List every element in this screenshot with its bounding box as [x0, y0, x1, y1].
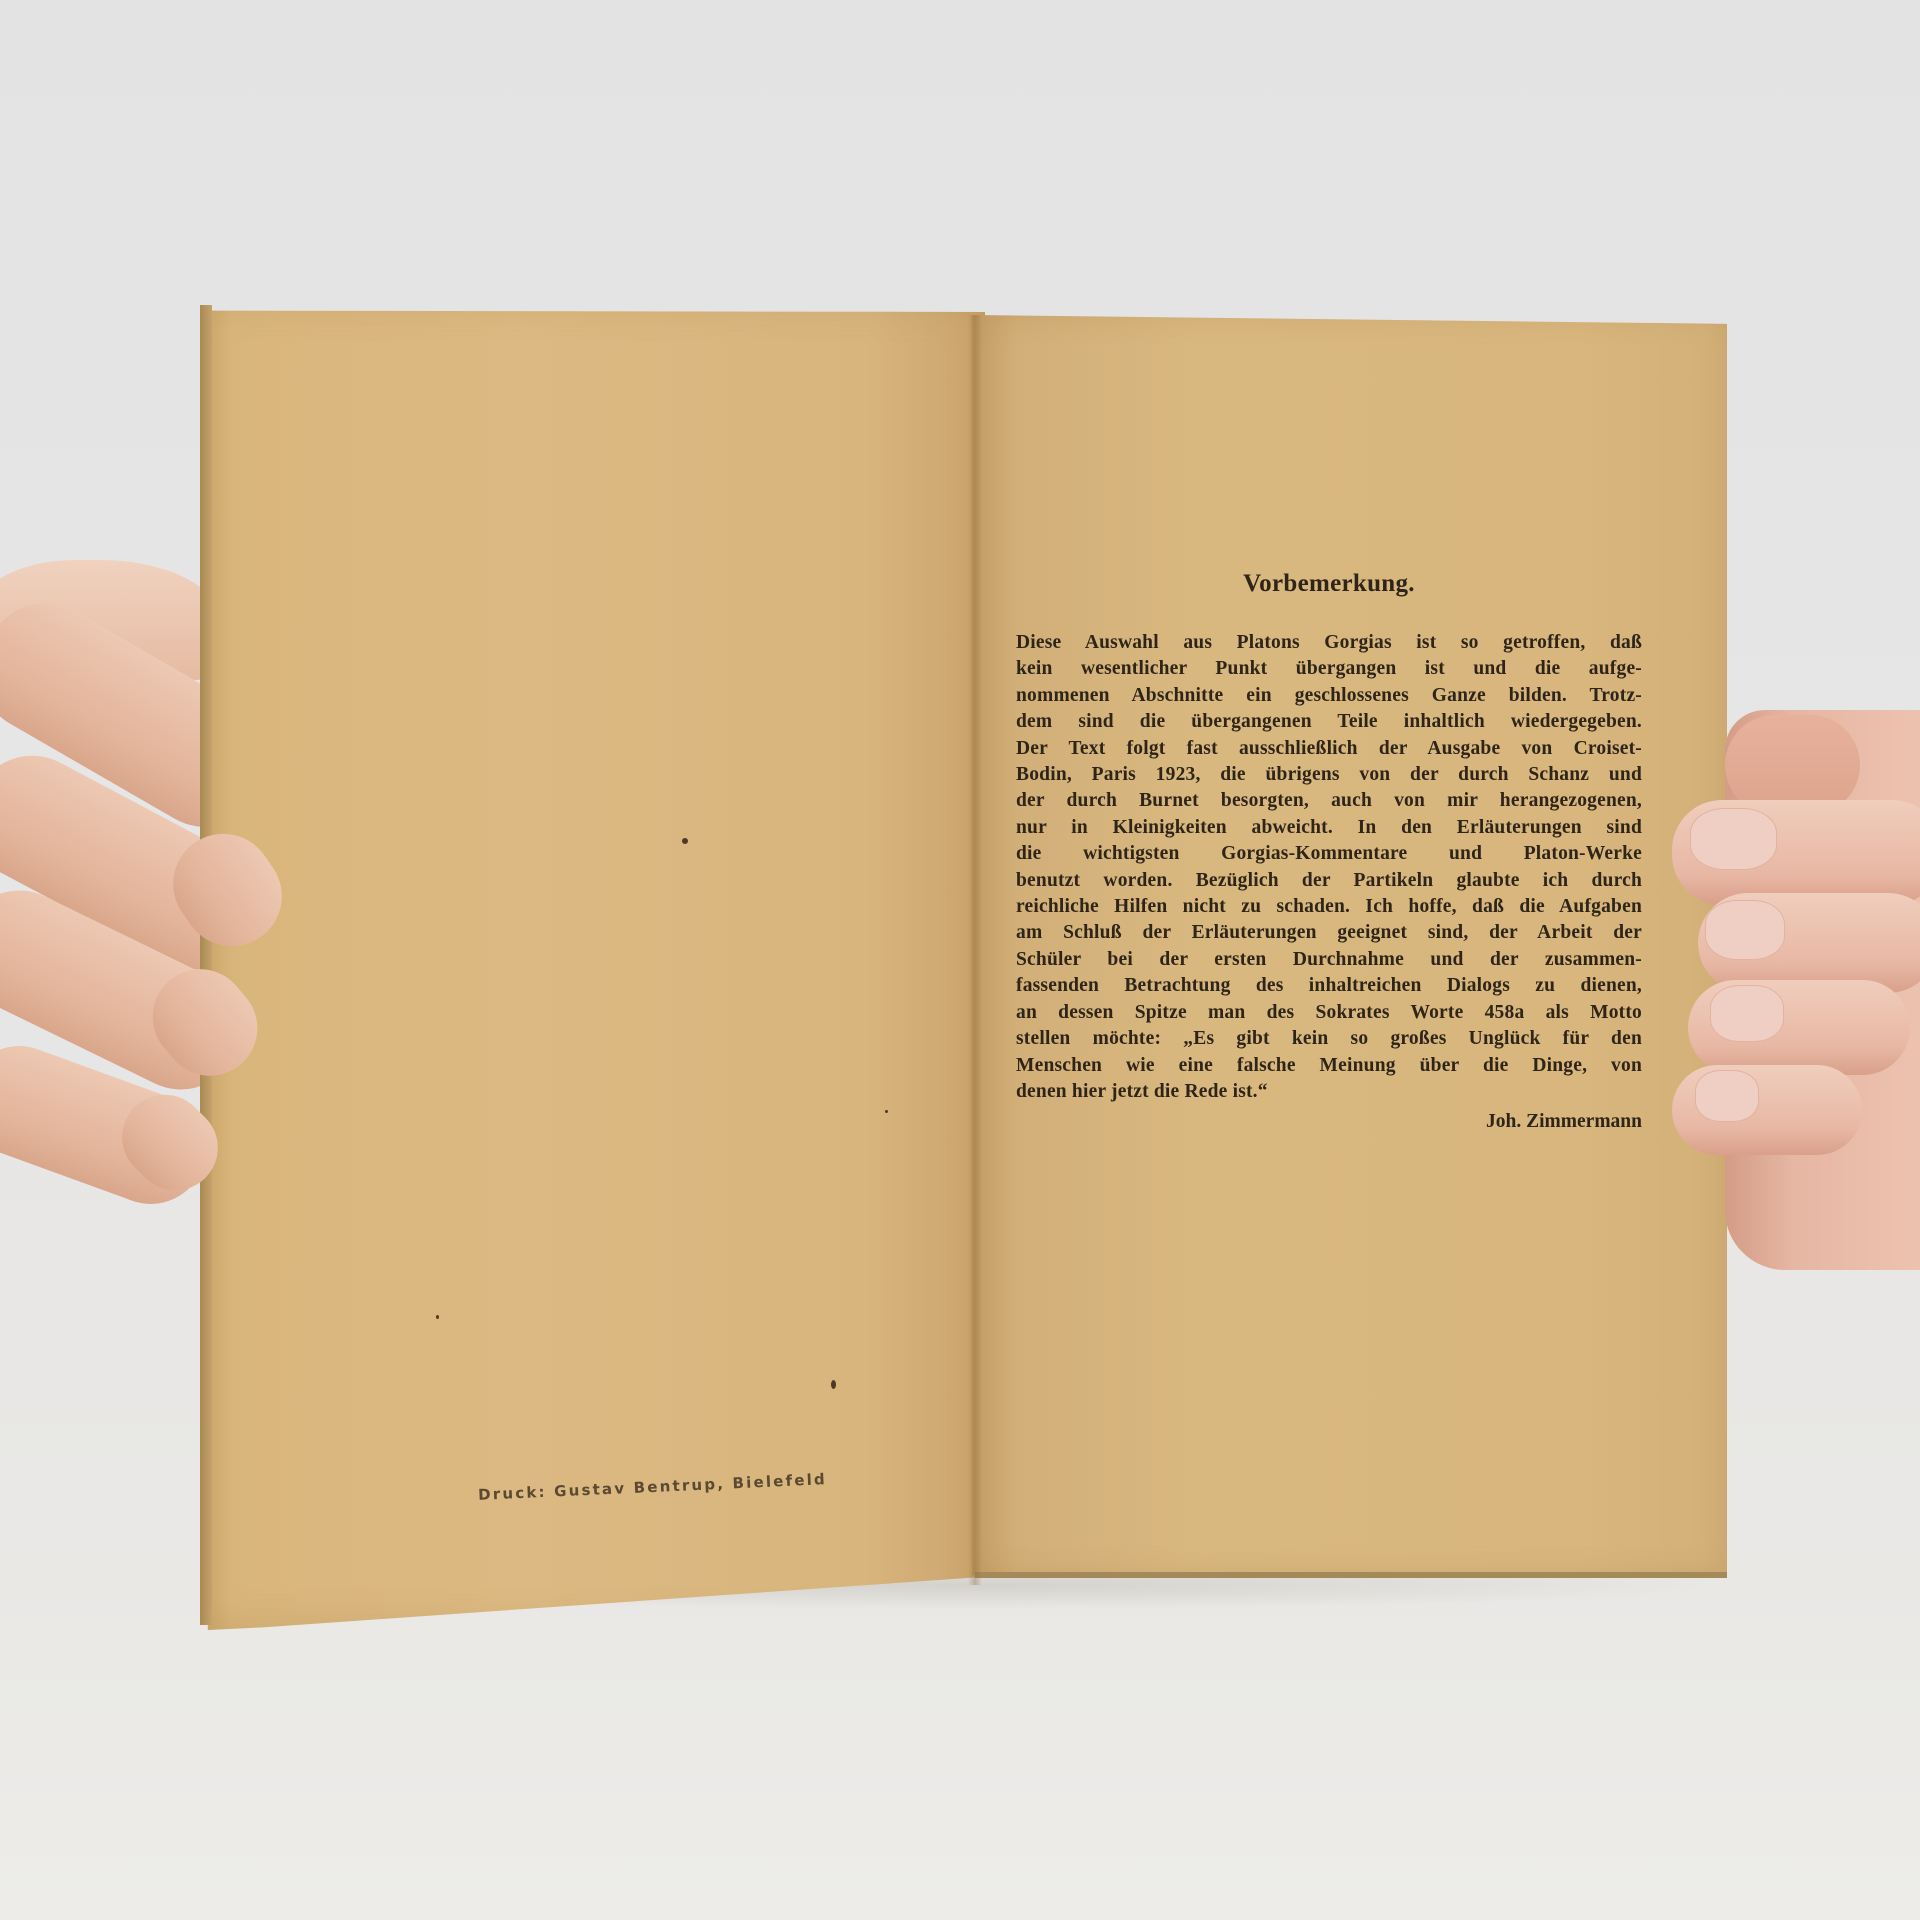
preface-line: benutzt worden. Bezüglich der Partikeln …	[1016, 868, 1642, 894]
preface-line: reichliche Hilfen nicht zu schaden. Ich …	[1016, 894, 1642, 920]
preface-line: Bodin, Paris 1923, die übrigens von der …	[1016, 762, 1642, 788]
preface-line: die wichtigsten Gorgias-Kommentare und P…	[1016, 841, 1642, 867]
preface-line: dem sind die übergangenen Teile inhaltli…	[1016, 709, 1642, 735]
author-signature: Joh. Zimmermann	[1016, 1111, 1642, 1133]
left-page	[200, 300, 985, 1630]
preface-line: denen hier jetzt die Rede ist.“	[1016, 1079, 1642, 1105]
paper-speck	[831, 1380, 836, 1389]
preface-line: kein wesentlicher Punkt übergangen ist u…	[1016, 656, 1642, 682]
preface-line: am Schluß der Erläuterungen geeignet sin…	[1016, 920, 1642, 946]
right-little-nail	[1695, 1070, 1759, 1122]
preface-line: Der Text folgt fast ausschließlich der A…	[1016, 736, 1642, 762]
preface-line: Schüler bei der ersten Durchnahme und de…	[1016, 947, 1642, 973]
right-ring-nail	[1710, 985, 1784, 1042]
right-middle-nail	[1705, 900, 1785, 960]
preface-line: nur in Kleinigkeiten abweicht. In den Er…	[1016, 815, 1642, 841]
preface-line: an dessen Spitze man des Sokrates Worte …	[1016, 1000, 1642, 1026]
right-index-nail	[1690, 808, 1777, 870]
paper-speck	[436, 1315, 439, 1319]
paper-speck	[682, 838, 688, 844]
right-page-bottom-edge	[975, 1572, 1727, 1578]
paper-speck	[885, 1110, 888, 1113]
preface-line: stellen möchte: „Es gibt kein so großes …	[1016, 1026, 1642, 1052]
preface-heading: Vorbemerkung.	[1016, 570, 1642, 598]
preface-line: Diese Auswahl aus Platons Gorgias ist so…	[1016, 630, 1642, 656]
preface-line: der durch Burnet besorgten, auch von mir…	[1016, 788, 1642, 814]
left-page-edge	[200, 305, 212, 1625]
book-gutter	[968, 315, 982, 1585]
preface-text: Vorbemerkung. Diese Auswahl aus Platons …	[1016, 570, 1642, 1133]
preface-line: Menschen wie eine falsche Meinung über d…	[1016, 1053, 1642, 1079]
photo-scene: Druck: Gustav Bentrup, Bielefeld Vorbeme…	[0, 0, 1920, 1920]
preface-line: fassenden Betrachtung des inhaltreichen …	[1016, 973, 1642, 999]
preface-line: nommenen Abschnitte ein geschlossenes Ga…	[1016, 683, 1642, 709]
